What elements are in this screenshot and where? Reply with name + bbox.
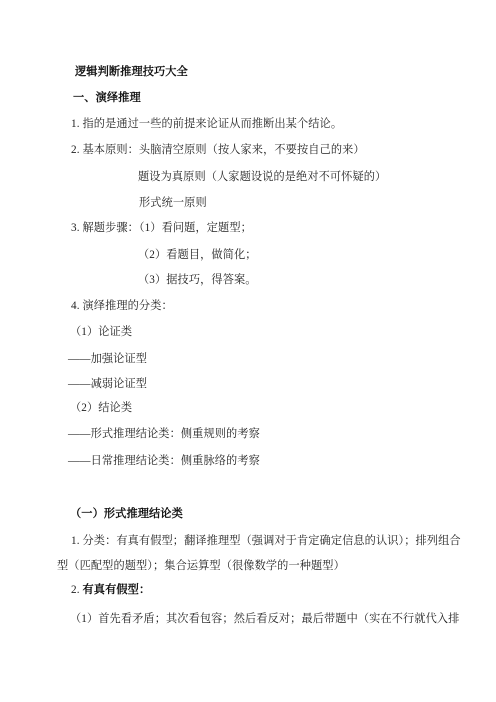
section-heading-deductive: 一、演绎推理	[73, 91, 141, 105]
principle-form-unity-line: 形式统一原则	[139, 196, 207, 210]
formal-types-line-1: 1. 分类：有真有假型；翻译推理型（强调对于肯定确定信息的认识）；排列组合	[71, 534, 461, 548]
deduction-definition-line: 1. 指的是通过一些的前提来论证从而推断出某个结论。	[71, 117, 342, 131]
solving-steps-line: 3. 解题步骤：（1）看问题，定题型；	[71, 221, 252, 235]
true-false-type-label: 有真有假型：	[83, 584, 151, 596]
doc-title: 逻辑判断推理技巧大全	[75, 65, 188, 79]
solving-step-2-line: （2）看题目，做简化；	[138, 248, 257, 262]
class-argument-strengthen-line: ——加强论证型	[68, 352, 147, 366]
class-conclusion-daily-line: ——日常推理结论类：侧重脉络的考察	[68, 454, 260, 468]
list-number: 2.	[71, 584, 83, 596]
class-argument-weaken-line: ——减弱论证型	[68, 377, 147, 391]
true-false-type-heading-line: 2. 有真有假型：	[71, 583, 150, 597]
true-false-rule-line: （1）首先看矛盾；其次看包容；然后看反对；最后带题中（实在不行就代入排	[70, 612, 459, 626]
document-page: 逻辑判断推理技巧大全 一、演绎推理 1. 指的是通过一些的前提来论证从而推断出某…	[0, 0, 496, 702]
solving-step-3-line: （3）据技巧，得答案。	[138, 273, 257, 287]
deduction-classification-line: 4. 演绎推理的分类：	[71, 299, 173, 313]
class-conclusion-formal-line: ——形式推理结论类：侧重规则的考察	[68, 427, 260, 441]
basic-principles-line: 2. 基本原则：头脑清空原则（按人家来，不要按自己的来）	[71, 143, 365, 157]
class-argument-line: （1）论证类	[70, 325, 132, 339]
principle-premise-true-line: 题设为真原则（人家题设说的是绝对不可怀疑的）	[138, 170, 386, 184]
formal-types-line-2: 型（匹配型的题型）；集合运算型（很像数学的一种题型）	[57, 559, 345, 573]
section-heading-formal-conclusion: （一）形式推理结论类	[70, 507, 183, 521]
class-conclusion-line: （2）结论类	[70, 401, 132, 415]
